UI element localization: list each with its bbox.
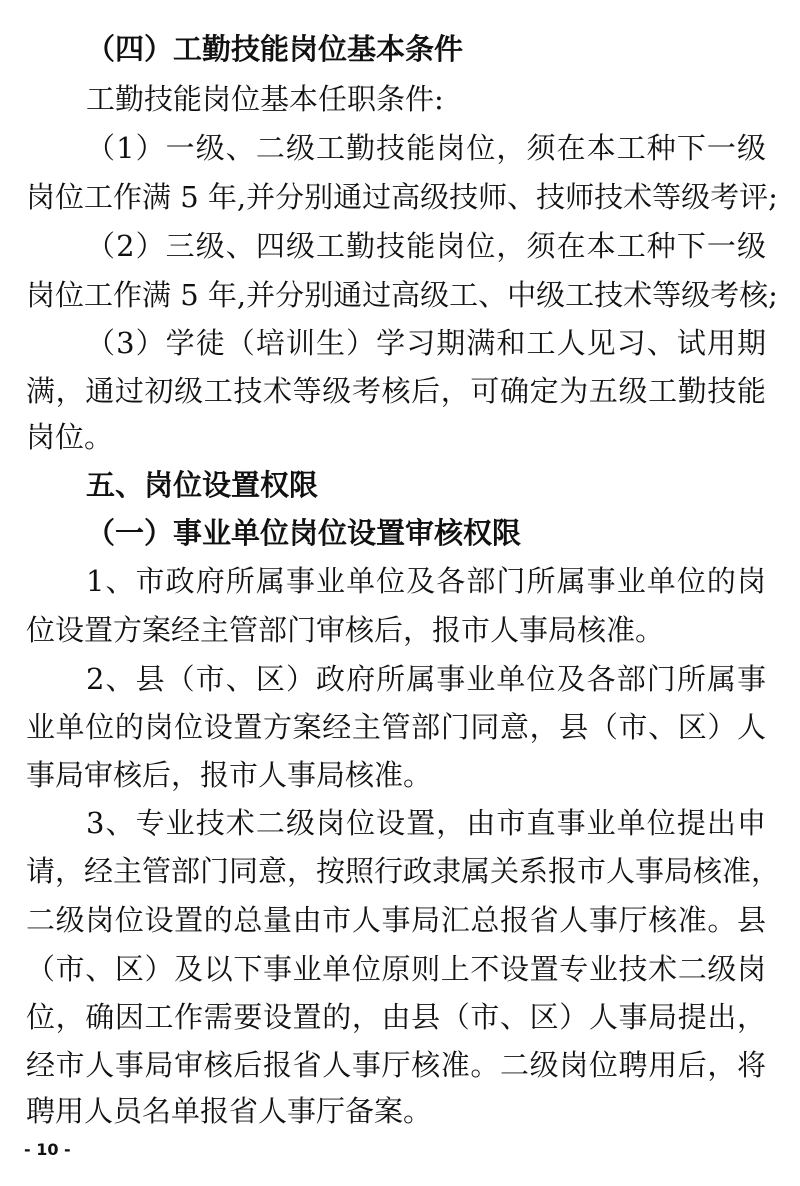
paragraph-line: 3、专业技术二级岗位设置，由市直事业单位提出申: [86, 800, 766, 846]
paragraph-line: 二级岗位设置的总量由市人事局汇总报省人事厅核准。县: [26, 897, 766, 943]
paragraph-line: 业单位的岗位设置方案经主管部门同意，县（市、区）人: [26, 704, 766, 750]
paragraph-line: 位，确因工作需要设置的，由县（市、区）人事局提出，: [26, 994, 766, 1040]
paragraph-line: 经市人事局审核后报省人事厅核准。二级岗位聘用后，将: [26, 1042, 766, 1088]
paragraph-line: 1、市政府所属事业单位及各部门所属事业单位的岗: [86, 558, 766, 604]
page-number: - 10 -: [24, 1140, 71, 1159]
subsection-heading-1-review-authority: （一）事业单位岗位设置审核权限: [86, 510, 521, 556]
section-heading-5-post-authority: 五、岗位设置权限: [86, 462, 318, 508]
paragraph-line: 岗位工作满 5 年,并分别通过高级工、中级工技术等级考核;: [26, 272, 766, 318]
paragraph-line: 满，通过初级工技术等级考核后，可确定为五级工勤技能: [26, 368, 766, 414]
paragraph-line: （1）一级、二级工勤技能岗位，须在本工种下一级: [86, 125, 766, 171]
paragraph-line: 位设置方案经主管部门审核后，报市人事局核准。: [26, 607, 664, 653]
paragraph-line: 聘用人员名单报省人事厅备案。: [26, 1088, 432, 1134]
paragraph-line: （市、区）及以下事业单位原则上不设置专业技术二级岗: [26, 946, 766, 992]
paragraph-line: 请，经主管部门同意，按照行政隶属关系报市人事局核准，: [26, 848, 766, 894]
paragraph-line: 岗位工作满 5 年,并分别通过高级技师、技师技术等级考评;: [26, 174, 766, 220]
paragraph-line: （2）三级、四级工勤技能岗位，须在本工种下一级: [86, 223, 766, 269]
paragraph-line: 2、县（市、区）政府所属事业单位及各部门所属事: [86, 656, 766, 702]
paragraph-line: 工勤技能岗位基本任职条件:: [86, 76, 444, 122]
paragraph-line: 事局审核后，报市人事局核准。: [26, 752, 432, 798]
section-heading-4-worker-conditions: （四）工勤技能岗位基本条件: [86, 26, 463, 72]
paragraph-line: （3）学徒（培训生）学习期满和工人见习、试用期: [86, 320, 766, 366]
paragraph-line: 岗位。: [26, 414, 113, 460]
